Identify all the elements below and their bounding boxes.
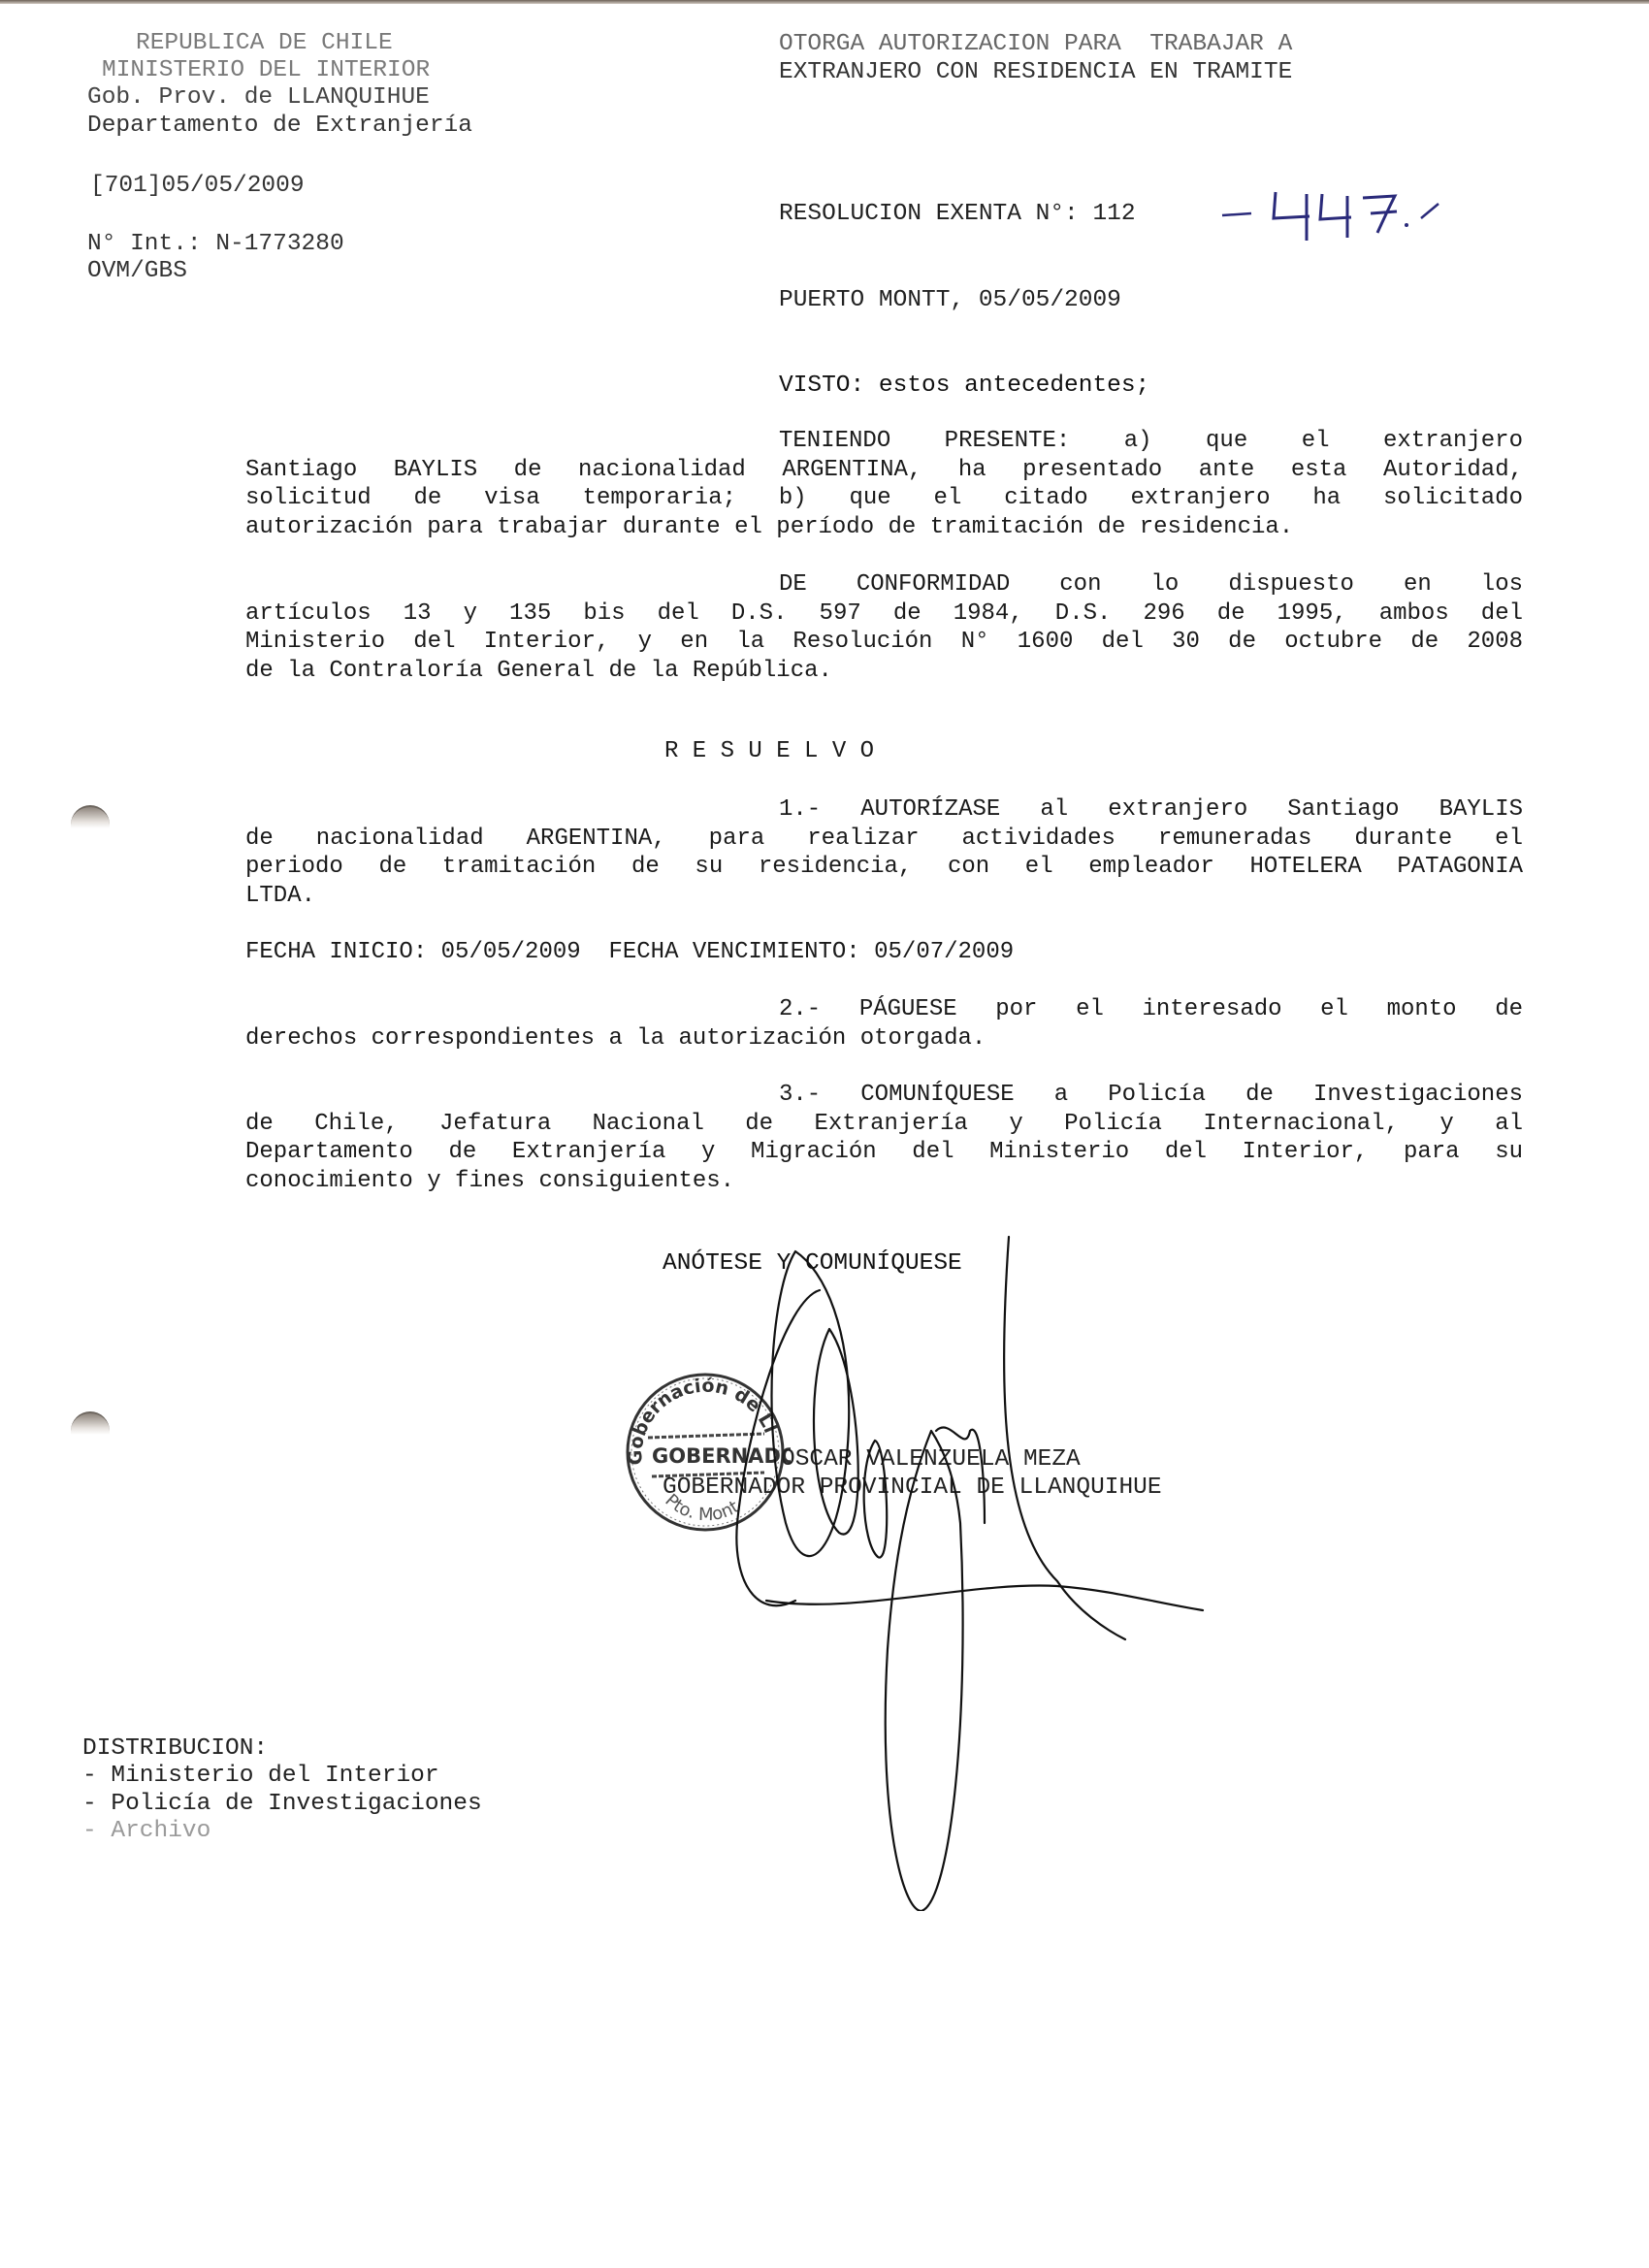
teniendo-line: autorización para trabajar durante el pe…	[245, 513, 1523, 542]
conformidad-lead: DE CONFORMIDAD con lo dispuesto en los	[779, 571, 1523, 598]
author-initials: OVM/GBS	[87, 257, 187, 285]
conformidad-paragraph: DE CONFORMIDAD con lo dispuesto en los a…	[245, 570, 1523, 685]
visto-clause: VISTO: estos antecedentes;	[779, 372, 1149, 400]
teniendo-line: Santiago BAYLIS de nacionalidad ARGENTIN…	[245, 456, 1523, 485]
distribution-item: - Ministerio del Interior	[82, 1762, 439, 1790]
place-date: PUERTO MONTT, 05/05/2009	[779, 286, 1121, 314]
issuer-government: Gob. Prov. de LLANQUIHUE	[87, 83, 430, 112]
conformidad-line: Ministerio del Interior, y en la Resoluc…	[245, 628, 1523, 657]
handwritten-signature	[601, 1232, 1280, 1911]
issuer-ministry: MINISTERIO DEL INTERIOR	[102, 56, 430, 84]
resolution-item-1: 1.- AUTORÍZASE al extranjero Santiago BA…	[245, 795, 1523, 910]
distribution-item: - Policía de Investigaciones	[82, 1790, 482, 1818]
conformidad-line: de la Contraloría General de la Repúblic…	[245, 657, 1523, 686]
distribution-item: - Archivo	[82, 1817, 210, 1845]
signatory-title: GOBERNADOR PROVINCIAL DE LLANQUIHUE	[663, 1474, 1162, 1502]
validity-dates: FECHA INICIO: 05/05/2009 FECHA VENCIMIEN…	[245, 938, 1014, 967]
punch-hole-icon	[71, 805, 110, 828]
internal-number: N° Int.: N-1773280	[87, 230, 344, 258]
teniendo-presente-paragraph: TENIENDO PRESENTE: a) que el extranjero …	[245, 427, 1523, 541]
resolution-line: derechos correspondientes a la autorizac…	[245, 1024, 1523, 1053]
official-seal-icon: Gobernación de Llanquihue GOBERNADOR Pto…	[621, 1368, 791, 1538]
resolution-line: de Chile, Jefatura Nacional de Extranjer…	[245, 1110, 1523, 1139]
subject-line-2: EXTRANJERO CON RESIDENCIA EN TRAMITE	[779, 58, 1292, 86]
signatory-name: OSCAR VALENZUELA MEZA	[781, 1445, 1081, 1474]
resolution-item-2: 2.- PÁGUESE por el interesado el monto d…	[245, 995, 1523, 1053]
distribution-title: DISTRIBUCION:	[82, 1734, 268, 1763]
handwritten-number-447	[1217, 184, 1440, 262]
scan-top-edge	[0, 0, 1649, 4]
subject-line-1: OTORGA AUTORIZACION PARA TRABAJAR A	[779, 30, 1292, 58]
resolution-number: RESOLUCION EXENTA N°: 112	[779, 200, 1136, 228]
resolution-item-3: 3.- COMUNÍQUESE a Policía de Investigaci…	[245, 1081, 1523, 1195]
resolution-lead: 1.- AUTORÍZASE al extranjero Santiago BA…	[779, 796, 1523, 823]
resolution-line: de nacionalidad ARGENTINA, para realizar…	[245, 825, 1523, 854]
document-page: REPUBLICA DE CHILE MINISTERIO DEL INTERI…	[0, 0, 1649, 2268]
closing-formula: ANÓTESE Y COMUNÍQUESE	[663, 1249, 962, 1278]
resolution-line: LTDA.	[245, 882, 1523, 911]
svg-text:GOBERNADOR: GOBERNADOR	[652, 1444, 791, 1468]
resolution-line: periodo de tramitación de su residencia,…	[245, 853, 1523, 882]
issuer-country: REPUBLICA DE CHILE	[136, 29, 393, 57]
resuelvo-heading: R E S U E L V O	[664, 737, 874, 766]
resolution-lead: 3.- COMUNÍQUESE a Policía de Investigaci…	[779, 1082, 1523, 1108]
resolution-lead: 2.- PÁGUESE por el interesado el monto d…	[779, 996, 1523, 1022]
teniendo-lead: TENIENDO PRESENTE: a) que el extranjero	[779, 428, 1523, 454]
teniendo-line: solicitud de visa temporaria; b) que el …	[245, 484, 1523, 513]
resolution-line: conocimiento y fines consiguientes.	[245, 1167, 1523, 1196]
conformidad-line: artículos 13 y 135 bis del D.S. 597 de 1…	[245, 599, 1523, 629]
punch-hole-icon	[71, 1411, 110, 1435]
resolution-line: Departamento de Extranjería y Migración …	[245, 1138, 1523, 1167]
reference-date: [701]05/05/2009	[90, 172, 305, 200]
issuer-department: Departamento de Extranjería	[87, 112, 472, 140]
